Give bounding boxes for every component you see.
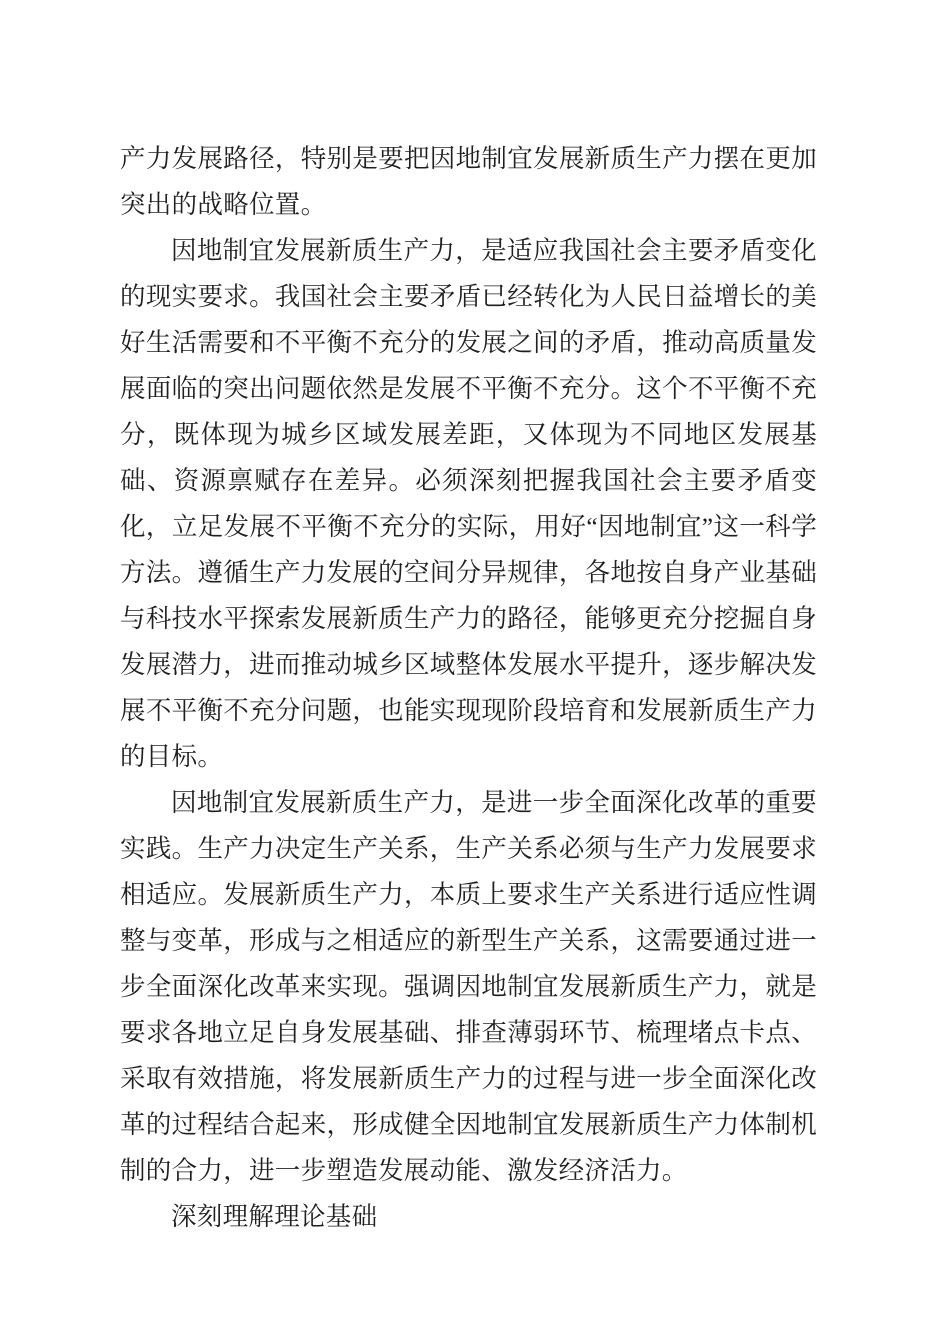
document-body: 产力发展路径，特别是要把因地制宜发展新质生产力摆在更加突出的战略位置。 因地制宜… <box>120 136 817 1240</box>
paragraph-continuation: 产力发展路径，特别是要把因地制宜发展新质生产力摆在更加突出的战略位置。 <box>120 136 817 228</box>
subheading-theoretical-basis: 深刻理解理论基础 <box>120 1194 817 1240</box>
paragraph-deepening-reform: 因地制宜发展新质生产力，是进一步全面深化改革的重要实践。生产力决定生产关系，生产… <box>120 780 817 1194</box>
document-page: 产力发展路径，特别是要把因地制宜发展新质生产力摆在更加突出的战略位置。 因地制宜… <box>0 0 950 1344</box>
paragraph-main-contradiction: 因地制宜发展新质生产力，是适应我国社会主要矛盾变化的现实要求。我国社会主要矛盾已… <box>120 228 817 780</box>
